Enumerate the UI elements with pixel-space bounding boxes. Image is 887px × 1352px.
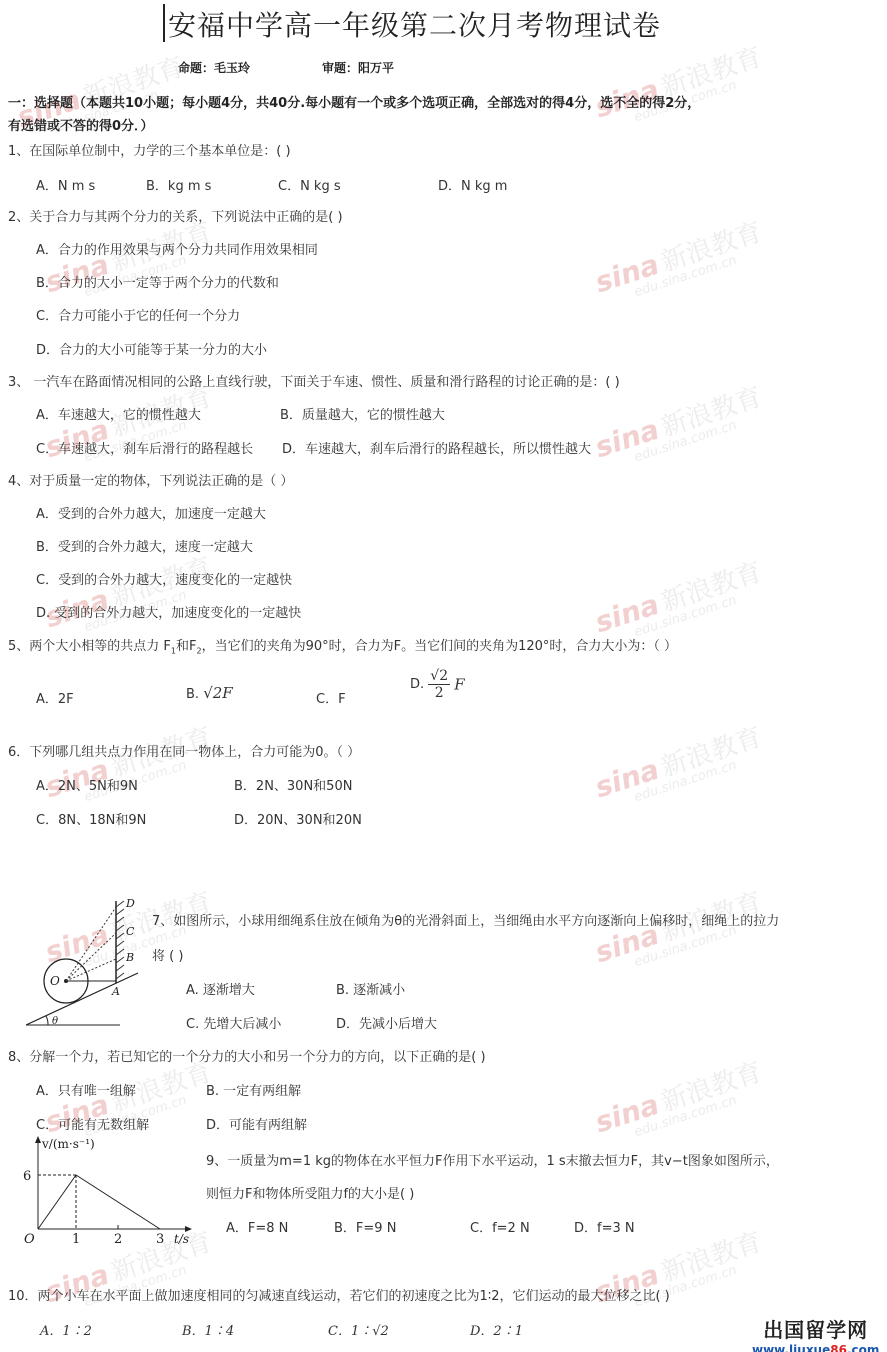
q8-option-a: A．只有唯一组解 <box>36 1080 136 1099</box>
question-3: 3、 一汽车在路面情况相同的公路上直线行驶，下面关于车速、惯性、质量和滑行路程的… <box>8 371 620 390</box>
q10-option-c: C．1∶√2 <box>328 1320 389 1339</box>
q8-option-b: B. 一定有两组解 <box>206 1080 301 1099</box>
question-4: 4、对于质量一定的物体，下列说法正确的是（ ） <box>8 470 293 489</box>
svg-text:A: A <box>111 985 120 998</box>
watermark: sina新浪教育edu.sina.com.cn <box>590 717 769 816</box>
q7-option-c: C. 先增大后减小 <box>186 1013 281 1032</box>
reviewer-label: 审题：阳万平 <box>322 59 394 76</box>
question-7-line1: 7、如图所示，小球用细绳系住放在倾角为θ的光滑斜面上，当细绳由水平方向逐渐向上偏… <box>152 910 779 929</box>
page-title: 安福中学高一年级第二次月考物理试卷 <box>168 4 661 44</box>
watermark: sina新浪教育edu.sina.com.cn <box>40 212 219 311</box>
svg-text:B: B <box>125 951 134 964</box>
incline-figure: D C B A O θ <box>20 893 150 1033</box>
question-8: 8、分解一个力，若已知它的一个分力的大小和另一个分力的方向，以下正确的是( ) <box>8 1046 486 1065</box>
q5-option-b: B. √2F <box>186 684 233 702</box>
q9-option-d: D．f=3 N <box>574 1217 635 1236</box>
svg-text:O: O <box>50 974 60 988</box>
q5-option-a: A．2F <box>36 688 74 707</box>
watermark: sina新浪教育edu.sina.com.cn <box>40 547 219 646</box>
q9-option-a: A．F=8 N <box>226 1217 288 1236</box>
svg-text:3: 3 <box>156 1232 164 1247</box>
q6-option-c: C．8N、18N和9N <box>36 809 146 828</box>
setter-label: 命题：毛玉玲 <box>178 59 250 76</box>
q7-option-d: D．先减小后增大 <box>336 1013 437 1032</box>
question-2: 2、关于合力与其两个分力的关系，下列说法中正确的是( ) <box>8 206 343 225</box>
text-cursor <box>163 4 165 42</box>
q3-option-d: D．车速越大，刹车后滑行的路程越长，所以惯性越大 <box>282 438 591 457</box>
q8-option-d: D．可能有两组解 <box>206 1114 307 1133</box>
q7-option-b: B. 逐渐减小 <box>336 979 405 998</box>
section-instructions-line2: 有选错或不答的得0分．） <box>8 115 154 134</box>
q6-option-a: A．2N、5N和9N <box>36 775 138 794</box>
watermark: sina新浪教育edu.sina.com.cn <box>590 377 769 476</box>
q2-option-d: D．合力的大小可能等于某一分力的大小 <box>36 339 267 358</box>
watermark: sina新浪教育edu.sina.com.cn <box>590 882 769 981</box>
watermark: sina新浪教育edu.sina.com.cn <box>590 1052 769 1151</box>
q9-option-b: B．F=9 N <box>334 1217 396 1236</box>
site-logo-url: www.liuxue86.com <box>752 1343 879 1352</box>
q3-option-c: C．车速越大，刹车后滑行的路程越长 <box>36 438 253 457</box>
question-10: 10．两个小车在水平面上做加速度相同的匀减速直线运动，若它们的初速度之比为1∶2… <box>8 1285 670 1304</box>
q1-option-d: D．N kg m <box>438 175 507 194</box>
q4-option-d: D. 受到的合外力越大，加速度变化的一定越快 <box>36 602 301 621</box>
svg-text:2: 2 <box>114 1232 122 1247</box>
section-instructions-line1: 一：选择题（本题共10小题；每小题4分，共40分.每小题有一个或多个选项正确，全… <box>8 92 700 111</box>
watermark: sina新浪教育edu.sina.com.cn <box>590 37 769 136</box>
q6-option-b: B．2N、30N和50N <box>234 775 352 794</box>
q6-option-d: D．20N、30N和20N <box>234 809 362 828</box>
q1-option-c: C．N kg s <box>278 175 341 194</box>
q1-option-b: B．kg m s <box>146 175 211 194</box>
q4-option-b: B．受到的合外力越大，速度一定越大 <box>36 536 253 555</box>
svg-text:D: D <box>125 897 135 910</box>
q10-option-d: D．2∶1 <box>470 1320 523 1339</box>
q2-option-b: B．合力的大小一定等于两个分力的代数和 <box>36 272 279 291</box>
q4-option-c: C．受到的合外力越大，速度变化的一定越快 <box>36 569 292 588</box>
watermark: sina新浪教育edu.sina.com.cn <box>590 1222 769 1321</box>
svg-text:θ: θ <box>52 1016 58 1027</box>
q8-option-c: C．可能有无数组解 <box>36 1114 149 1133</box>
q3-option-b: B．质量越大，它的惯性越大 <box>280 404 445 423</box>
q5-option-c: C．F <box>316 688 346 707</box>
watermark: sina新浪教育edu.sina.com.cn <box>40 717 219 816</box>
site-logo-name: 出国留学网 <box>752 1314 879 1343</box>
q3-option-a: A．车速越大，它的惯性越大 <box>36 404 201 423</box>
site-logo: 出国留学网 www.liuxue86.com <box>752 1314 879 1352</box>
q4-option-a: A．受到的合外力越大，加速度一定越大 <box>36 503 266 522</box>
svg-text:1: 1 <box>72 1232 80 1247</box>
watermark: sina新浪教育edu.sina.com.cn <box>40 377 219 476</box>
watermark: sina新浪教育edu.sina.com.cn <box>590 212 769 311</box>
question-5: 5、两个大小相等的共点力 F1和F2，当它们的夹角为90°时，合力为F。当它们间… <box>8 635 677 656</box>
question-6: 6．下列哪几组共点力作用在同一物体上，合力可能为0。（ ） <box>8 741 360 760</box>
question-9-line1: 9、一质量为m=1 kg的物体在水平恒力F作用下水平运动，1 s末撤去恒力F，其… <box>206 1150 779 1169</box>
q9-option-c: C．f=2 N <box>470 1217 530 1236</box>
question-1: 1、在国际单位制中，力学的三个基本单位是：( ) <box>8 140 291 159</box>
q2-option-a: A．合力的作用效果与两个分力共同作用效果相同 <box>36 239 318 258</box>
svg-text:O: O <box>24 1232 35 1247</box>
q5-option-d: D. √22 F <box>410 668 465 701</box>
q10-option-a: A．1∶2 <box>40 1320 92 1339</box>
q1-option-a: A．N m s <box>36 175 95 194</box>
svg-text:6: 6 <box>23 1169 31 1184</box>
vt-graph: v/(m·s⁻¹) 6 O 1 2 3 t/s <box>18 1133 198 1248</box>
q2-option-c: C．合力可能小于它的任何一个分力 <box>36 305 240 324</box>
svg-text:t/s: t/s <box>174 1232 189 1246</box>
question-7-line2: 将 ( ) <box>152 945 183 964</box>
q7-option-a: A. 逐渐增大 <box>186 979 255 998</box>
question-9-line2: 则恒力F和物体所受阻力f的大小是( ) <box>206 1183 414 1202</box>
svg-text:C: C <box>126 925 135 938</box>
svg-text:v/(m·s⁻¹): v/(m·s⁻¹) <box>41 1137 95 1151</box>
q10-option-b: B．1∶4 <box>182 1320 234 1339</box>
